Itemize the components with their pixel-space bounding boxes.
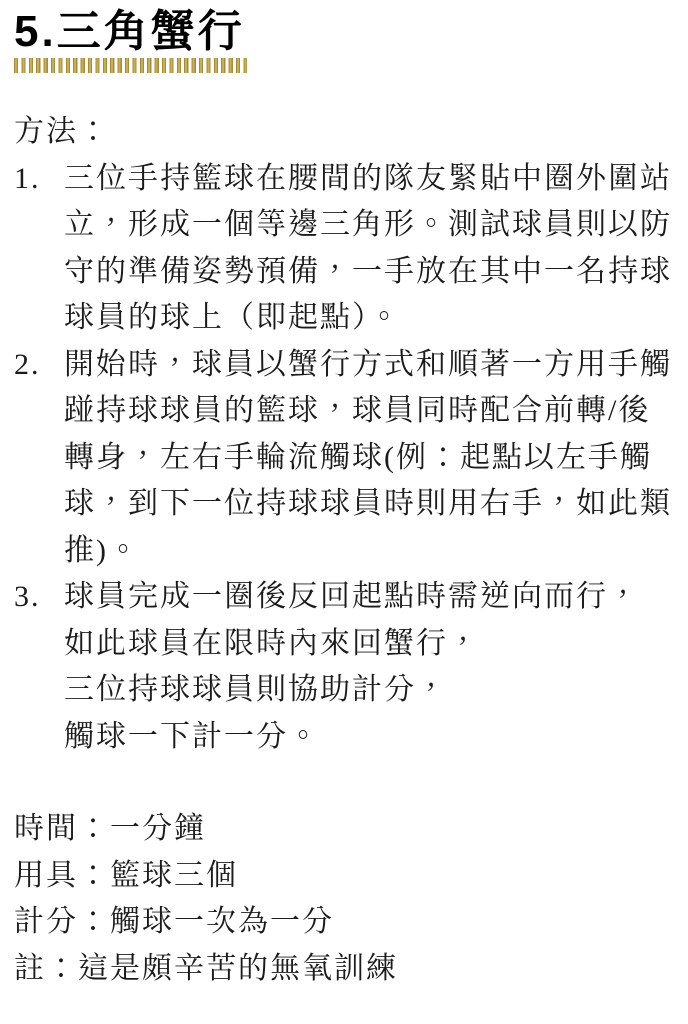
detail-equipment: 用具：籃球三個 xyxy=(14,853,674,900)
title-block: 5.三角蟹行 xyxy=(14,8,674,73)
step-2: 2. 開始時，球員以蟹行方式和順著一方用手觸 踫持球球員的籃球，球員同時配合前轉… xyxy=(14,342,674,575)
method-label: 方法： xyxy=(14,109,674,156)
step-3: 3. 球員完成一圈後反回起點時需逆向而行， 如此球員在限時內來回蟹行， 三位持球… xyxy=(14,574,674,760)
detail-note: 註：這是頗辛苦的無氧訓練 xyxy=(14,946,674,993)
step-3-number: 3. xyxy=(14,574,64,621)
step-line: 如此球員在限時內來回蟹行， xyxy=(64,621,674,668)
step-line: 球員的球上（即起點）。 xyxy=(64,295,674,342)
step-1-text: 三位手持籃球在腰間的隊友緊貼中圈外圍站 立，形成一個等邊三角形。測試球員則以防 … xyxy=(64,156,674,342)
step-line: 推)。 xyxy=(64,528,674,575)
step-line: 守的準備姿勢預備，一手放在其中一名持球 xyxy=(64,249,674,296)
details-section: 時間：一分鐘 用具：籃球三個 計分：觸球一次為一分 註：這是頗辛苦的無氧訓練 xyxy=(14,806,674,992)
detail-time: 時間：一分鐘 xyxy=(14,806,674,853)
step-line: 觸球一下計一分。 xyxy=(64,714,674,761)
step-line: 球，到下一位持球球員時則用右手，如此類 xyxy=(64,481,674,528)
step-1: 1. 三位手持籃球在腰間的隊友緊貼中圈外圍站 立，形成一個等邊三角形。測試球員則… xyxy=(14,156,674,342)
step-3-text: 球員完成一圈後反回起點時需逆向而行， 如此球員在限時內來回蟹行， 三位持球球員則… xyxy=(64,574,674,760)
step-line: 三位手持籃球在腰間的隊友緊貼中圈外圍站 xyxy=(64,156,674,203)
step-line: 開始時，球員以蟹行方式和順著一方用手觸 xyxy=(64,342,674,389)
step-line: 踫持球球員的籃球，球員同時配合前轉/後 xyxy=(64,388,674,435)
detail-scoring: 計分：觸球一次為一分 xyxy=(14,899,674,946)
step-line: 立，形成一個等邊三角形。測試球員則以防 xyxy=(64,202,674,249)
step-line: 球員完成一圈後反回起點時需逆向而行， xyxy=(64,574,674,621)
step-2-text: 開始時，球員以蟹行方式和順著一方用手觸 踫持球球員的籃球，球員同時配合前轉/後 … xyxy=(64,342,674,575)
step-1-number: 1. xyxy=(14,156,64,203)
page-title: 5.三角蟹行 xyxy=(14,8,674,56)
document-page: 5.三角蟹行 方法： 1. 三位手持籃球在腰間的隊友緊貼中圈外圍站 立，形成一個… xyxy=(0,0,688,1024)
step-line: 轉身，左右手輪流觸球(例：起點以左手觸 xyxy=(64,435,674,482)
step-line: 三位持球球員則協助計分， xyxy=(64,667,674,714)
title-underline-decoration xyxy=(14,58,247,73)
method-section: 方法： 1. 三位手持籃球在腰間的隊友緊貼中圈外圍站 立，形成一個等邊三角形。測… xyxy=(14,109,674,992)
step-2-number: 2. xyxy=(14,342,64,389)
